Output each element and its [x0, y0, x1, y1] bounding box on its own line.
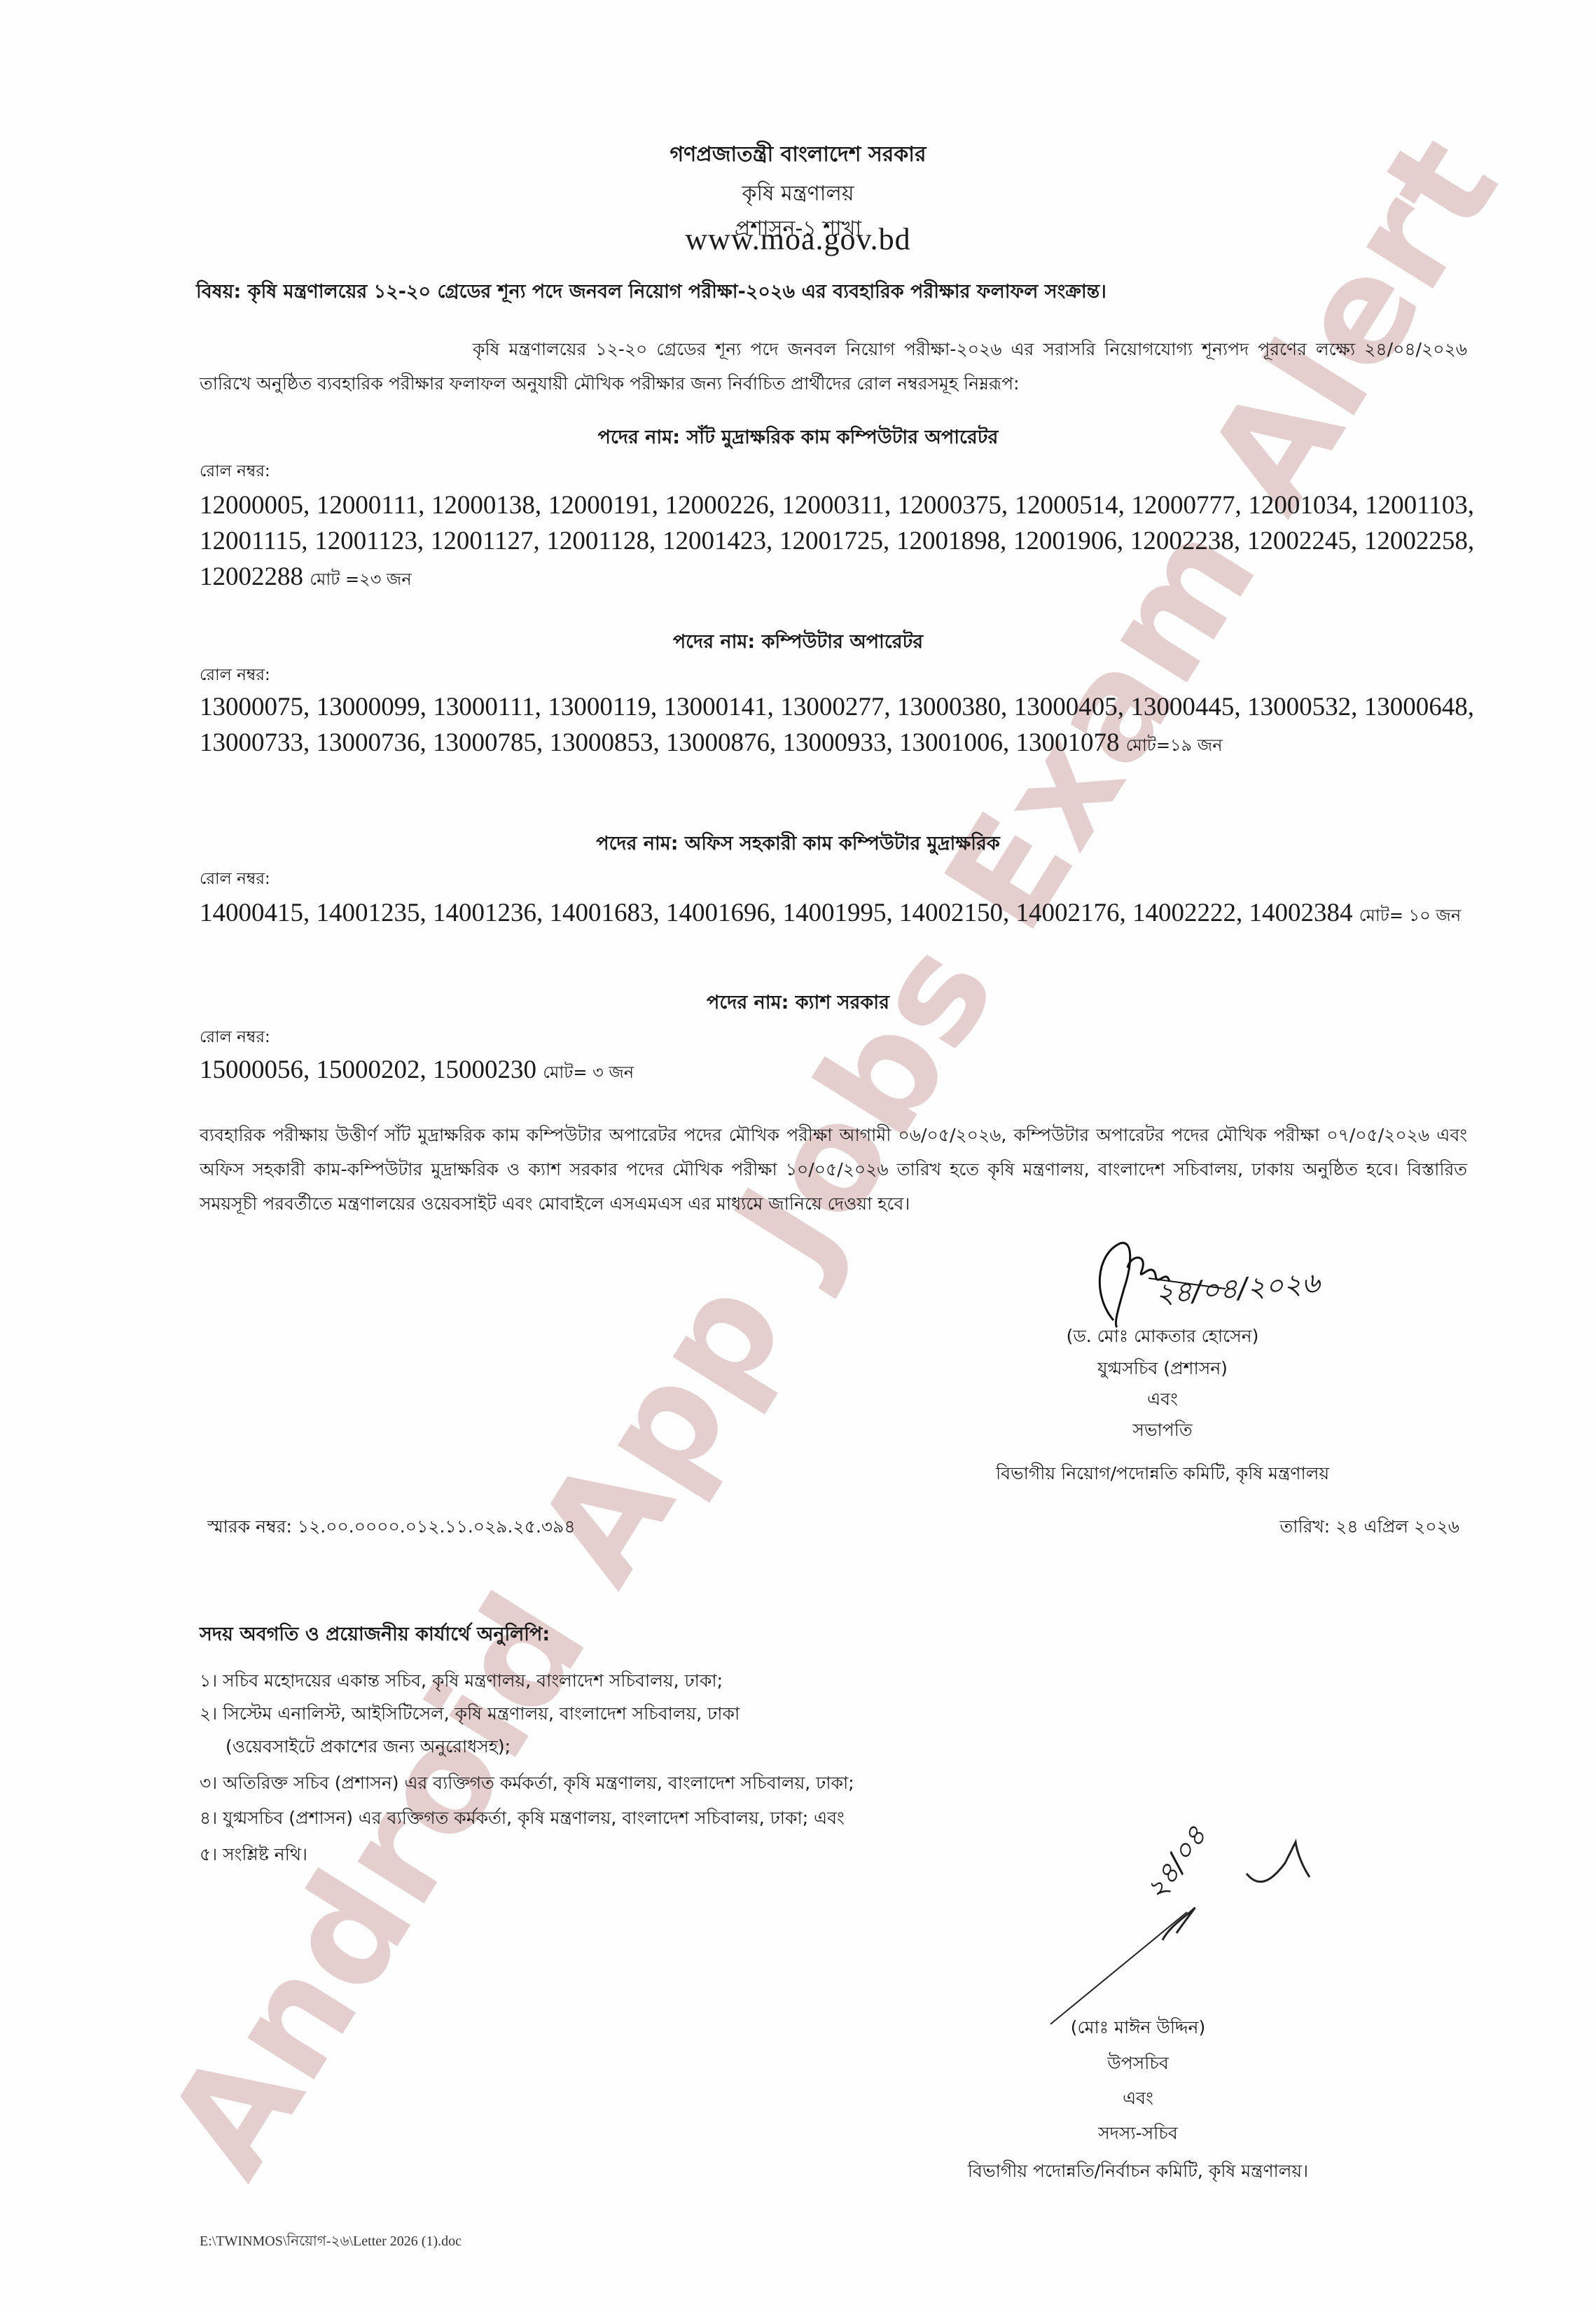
roll-number: 12000375, — [898, 491, 1015, 520]
roll-number: 13000119, — [548, 693, 663, 721]
roll-number: 13000853, — [550, 728, 667, 757]
document-page: Android App Jobs Exam Alert গণপ্রজাতন্ত্… — [0, 0, 1596, 2312]
roll-number: 13000099, — [317, 693, 433, 721]
roll-number: 12000191, — [548, 491, 665, 520]
signatory-1-committee: বিভাগীয় নিয়োগ/পদোন্নতি কমিটি, কৃষি মন্… — [882, 1460, 1443, 1490]
copy-to-item: ৪। যুগ্মসচিব (প্রশাসন) এর ব্যক্তিগত কর্ম… — [200, 1804, 845, 1834]
roll-number: 12001906, — [1013, 527, 1130, 555]
roll-number: 13001078 — [1016, 728, 1126, 757]
roll-number: 12001898, — [896, 527, 1013, 555]
roll-number: 12000226, — [665, 491, 782, 520]
roll-number: 12000514, — [1015, 491, 1132, 520]
roll-number: 12001127, — [431, 527, 547, 555]
roll-number: 12001103, — [1365, 491, 1474, 520]
copy-to-item-note: (ওয়েবসাইটে প্রকাশের জন্য অনুরোধসহ); — [225, 1733, 511, 1763]
roll-number: 14001995, — [783, 899, 900, 927]
roll-number: 12001115, — [200, 527, 314, 555]
roll-number: 12000005, — [200, 491, 317, 520]
roll-number: 13000075, — [200, 693, 317, 721]
roll-number: 13000532, — [1247, 693, 1364, 721]
roll-number: 13000445, — [1130, 693, 1247, 721]
roll-number: 13000648, — [1364, 693, 1474, 721]
roll-number: 13000141, — [664, 693, 781, 721]
roll-number: 13000933, — [783, 728, 900, 757]
signatory-2-role: সদস্য-সচিব — [858, 2119, 1418, 2150]
roll-number: 14001683, — [550, 899, 667, 927]
intro-text: কৃষি মন্ত্রণালয়ের ১২-২০ গ্রেডের শূন্য প… — [200, 339, 1467, 394]
roll-label: রোল নম্বর: — [200, 662, 270, 689]
roll-number: 12001123, — [314, 527, 431, 555]
roll-number: 13000733, — [200, 728, 317, 757]
signatory-1-name: (ড. মোঃ মোকতার হোসেন) — [882, 1322, 1443, 1352]
footer-file-path: E:\TWINMOS\নিয়োগ-২৬\Letter 2026 (1).doc — [200, 2231, 462, 2254]
roll-number: 14000415, — [200, 899, 317, 927]
roll-number: 12000777, — [1132, 491, 1249, 520]
subject-line: বিষয়: কৃষি মন্ত্রণালয়ের ১২-২০ গ্রেডের … — [196, 277, 1106, 309]
roll-number: 12002245, — [1247, 527, 1364, 555]
signatory-1-role: সভাপতি — [882, 1416, 1443, 1446]
roll-number: 12000111, — [317, 491, 431, 520]
roll-number: 14002384 — [1249, 899, 1359, 927]
roll-number: 13000876, — [666, 728, 783, 757]
roll-number: 13000405, — [1014, 693, 1131, 721]
roll-number: 14002176, — [1016, 899, 1133, 927]
roll-number: 14001236, — [433, 899, 550, 927]
roll-label: রোল নম্বর: — [200, 866, 270, 893]
government-title: গণপ্রজাতন্ত্রী বাংলাদেশ সরকার — [0, 137, 1596, 173]
roll-number: 15000202, — [317, 1055, 433, 1084]
roll-number: 12001423, — [662, 527, 779, 555]
copy-to-item: ৩। অতিরিক্ত সচিব (প্রশাসন) এর ব্যক্তিগত … — [200, 1769, 854, 1799]
memo-date: তারিখ: ২৪ এপ্রিল ২০২৬ — [1279, 1513, 1459, 1543]
roll-number: 15000056, — [200, 1055, 317, 1084]
memo-number: স্মারক নম্বর: ১২.০০.০০০০.০১২.১১.০২৯.২৫.৩… — [207, 1513, 576, 1543]
intro-paragraph: কৃষি মন্ত্রণালয়ের ১২-২০ গ্রেডের শূন্য প… — [200, 332, 1467, 401]
ministry-name: কৃষি মন্ত্রণালয় — [0, 176, 1596, 212]
roll-number: 14001235, — [317, 899, 433, 927]
copy-to-item: ২। সিস্টেম এনালিস্ট, আইসিটিসেল, কৃষি মন্… — [200, 1700, 740, 1730]
roll-number: 13000785, — [433, 728, 550, 757]
roll-list-cash-sarkar: 15000056, 15000202, 15000230 মোট= ৩ জন — [200, 1052, 1474, 1091]
roll-number: 12000311, — [782, 491, 897, 520]
roll-label: রোল নম্বর: — [200, 1024, 270, 1051]
viva-notice: ব্যবহারিক পরীক্ষায় উত্তীর্ণ সাঁট মুদ্রা… — [200, 1118, 1467, 1221]
roll-total: মোট =২৩ জন — [310, 569, 411, 589]
roll-number: 14001696, — [666, 899, 783, 927]
roll-number: 12002238, — [1130, 527, 1247, 555]
post-title-stenographer: পদের নাম: সাঁট মুদ্রাক্ষরিক কাম কম্পিউটা… — [0, 423, 1596, 455]
roll-list-stenographer: 12000005, 12000111, 12000138, 12000191, … — [200, 487, 1474, 597]
roll-number: 13000736, — [317, 728, 433, 757]
copy-to-item: ১। সচিব মহোদয়ের একান্ত সচিব, কৃষি মন্ত্… — [200, 1667, 723, 1697]
roll-number: 12001725, — [779, 527, 896, 555]
post-title-cash-sarkar: পদের নাম: ক্যাশ সরকার — [0, 988, 1596, 1020]
roll-number: 13000380, — [897, 693, 1014, 721]
signatory-2-committee: বিভাগীয় পদোন্নতি/নির্বাচন কমিটি, কৃষি ম… — [858, 2157, 1418, 2187]
roll-total: মোট= ৩ জন — [543, 1062, 634, 1082]
copy-to-item: ৫। সংশ্লিষ্ট নথি। — [200, 1841, 307, 1871]
post-title-office-assistant: পদের নাম: অফিস সহকারী কাম কম্পিউটার মুদ্… — [0, 829, 1596, 861]
roll-label: রোল নম্বর: — [200, 458, 270, 485]
copy-to-heading: সদয় অবগতি ও প্রয়োজনীয় কার্যার্থে অনুল… — [200, 1620, 550, 1652]
post-title-computer-operator: পদের নাম: কম্পিউটার অপারেটর — [0, 628, 1596, 659]
signatory-2-conjunction: এবং — [858, 2084, 1418, 2114]
roll-total: মোট= ১০ জন — [1359, 906, 1461, 925]
roll-number: 12002258, — [1364, 527, 1474, 555]
roll-number: 12000138, — [431, 491, 548, 520]
roll-list-office-assistant: 14000415, 14001235, 14001236, 14001683, … — [200, 895, 1474, 934]
signatory-1-conjunction: এবং — [882, 1385, 1443, 1415]
roll-number: 15000230 — [433, 1055, 543, 1084]
roll-number: 12001128, — [546, 527, 662, 555]
signatory-2-name: (মোঃ মাঈন উদ্দিন) — [858, 2014, 1418, 2044]
signatory-1-designation: যুগ্মসচিব (প্রশাসন) — [882, 1355, 1443, 1385]
roll-total: মোট=১৯ জন — [1126, 735, 1223, 755]
roll-number: 14002222, — [1132, 899, 1249, 927]
roll-number: 13000111, — [433, 693, 548, 721]
roll-list-computer-operator: 13000075, 13000099, 13000111, 13000119, … — [200, 689, 1474, 763]
roll-number: 13000277, — [780, 693, 897, 721]
roll-number: 13001006, — [899, 728, 1016, 757]
roll-number: 14002150, — [899, 899, 1016, 927]
website-url: www.moa.gov.bd — [0, 221, 1596, 257]
roll-number: 12002288 — [200, 562, 310, 591]
roll-number: 12001034, — [1248, 491, 1365, 520]
signatory-2-designation: উপসচিব — [858, 2049, 1418, 2079]
